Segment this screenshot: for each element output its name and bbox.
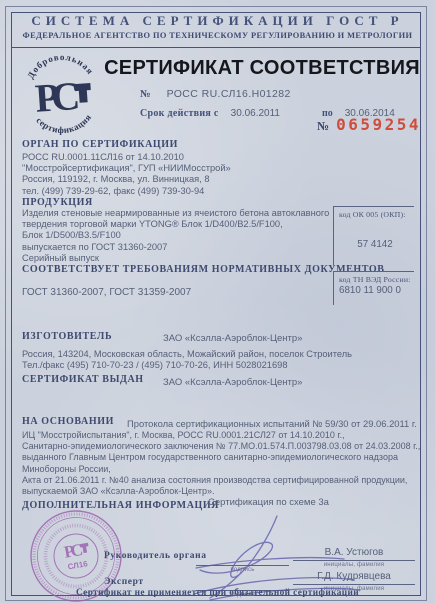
logo-t-bar: [74, 83, 91, 103]
conforms-standards: ГОСТ 31360-2007, ГОСТ 31359-2007: [22, 287, 191, 298]
tnved-code-value: 6810 11 900 0: [339, 285, 411, 296]
tnved-code-box: код ТН ВЭД России: 6810 11 900 0: [333, 271, 414, 305]
basis-label: НА ОСНОВАНИИ: [22, 416, 114, 427]
stamp-t-bar: [80, 543, 90, 554]
conforms-label: СООТВЕТСТВУЕТ ТРЕБОВАНИЯМ НОРМАТИВНЫХ ДО…: [22, 264, 385, 275]
additional-info-value: Сертификация по схеме 3а: [208, 497, 329, 508]
product-line: выпускается по ГОСТ 31360-2007: [22, 242, 329, 253]
blank-number-label: №: [317, 119, 329, 133]
header-divider: [11, 47, 421, 48]
okp-code-box: код ОК 005 (ОКП): 57 4142: [333, 206, 414, 265]
product-line: Блок 1/D500/B3.5/F100: [22, 230, 329, 241]
certification-system-title: СИСТЕМА СЕРТИФИКАЦИИ ГОСТ Р: [0, 13, 435, 29]
basis-line: ИЦ "Мосстройиспытания", г. Москва, РОСС …: [22, 430, 420, 441]
validity-label: Срок действия с: [140, 108, 219, 119]
basis-line: Санитарно-эпидемиологического заключения…: [22, 441, 420, 452]
product-line: Серийный выпуск: [22, 253, 329, 264]
issued-to-name: ЗАО «Ксэлла-Аэроблок-Центр»: [163, 377, 302, 388]
org-line: "Мосстройсертификация", ГУП «НИИМосстрой…: [22, 163, 231, 174]
head-signature-flourish: [196, 558, 344, 568]
okp-code-label: код ОК 005 (ОКП):: [339, 210, 411, 219]
certificate-number-value: РОСС RU.СЛ16.Н01282: [167, 88, 291, 100]
certification-body-label: ОРГАН ПО СЕРТИФИКАЦИИ: [22, 139, 178, 150]
manufacturer-label: ИЗГОТОВИТЕЛЬ: [22, 331, 112, 342]
basis-line: выданного Главным Центром государственно…: [22, 452, 420, 463]
basis-line: Минобороны России,: [22, 464, 420, 475]
basis-details: ИЦ "Мосстройиспытания", г. Москва, РОСС …: [22, 430, 420, 497]
stamp-rs-mark: РС: [63, 540, 84, 562]
manufacturer-line: Тел./факс (495) 710-70-23 / (495) 710-70…: [22, 360, 352, 371]
certificate-number-row: №РОСС RU.СЛ16.Н01282: [140, 88, 291, 100]
org-line: Россия, 119192, г. Москва, ул. Винницкая…: [22, 174, 231, 185]
product-line: твердения торговой марки YTONG® Блок 1/D…: [22, 219, 329, 230]
head-signature-stroke: [200, 516, 277, 577]
certificate-number-label: №: [140, 89, 151, 100]
logo-rs-mark: РС: [34, 73, 79, 121]
manufacturer-line: Россия, 143204, Московская область, Можа…: [22, 349, 352, 360]
blank-number: №0659254: [317, 115, 421, 135]
org-line: РОСС RU.0001.11СЛ16 от 14.10.2010: [22, 152, 231, 163]
okp-code-value: 57 4142: [339, 239, 411, 250]
tnved-code-label: код ТН ВЭД России:: [339, 275, 411, 284]
issued-to-label: СЕРТИФИКАТ ВЫДАН: [22, 374, 144, 385]
org-line: тел. (499) 739-29-62, факс (499) 739-30-…: [22, 186, 231, 197]
product-line: Изделия стеновые неармированные из ячеис…: [22, 208, 329, 219]
product-label: ПРОДУКЦИЯ: [22, 197, 93, 208]
basis-line: выпускаемой ЗАО «Ксэлла-Аэроблок-Центр».: [22, 486, 420, 497]
document-title: СЕРТИФИКАТ СООТВЕТСТВИЯ: [103, 57, 421, 80]
rst-voluntary-certification-logo: Добровольная сертификация РС: [20, 52, 104, 136]
footer-note: Сертификат не применяется при обязательн…: [0, 588, 435, 598]
basis-line: Акта от 21.06.2011 г. №40 анализа состоя…: [22, 475, 420, 486]
blank-number-value: 0659254: [336, 115, 421, 134]
certificate-page: СИСТЕМА СЕРТИФИКАЦИИ ГОСТ Р ФЕДЕРАЛЬНОЕ …: [0, 0, 435, 603]
agency-title: ФЕДЕРАЛЬНОЕ АГЕНТСТВО ПО ТЕХНИЧЕСКОМУ РЕ…: [0, 31, 435, 40]
manufacturer-name: ЗАО «Ксэлла-Аэроблок-Центр»: [163, 333, 302, 344]
manufacturer-details: Россия, 143204, Московская область, Можа…: [22, 349, 352, 371]
basis-first-line: Протокола сертификационных испытаний № 5…: [127, 418, 417, 429]
certification-body-details: РОСС RU.0001.11СЛ16 от 14.10.2010 "Мосст…: [22, 152, 231, 197]
expert-role: Эксперт: [104, 577, 144, 587]
validity-from-date: 30.06.2011: [231, 108, 280, 119]
product-description: Изделия стеновые неармированные из ячеис…: [22, 208, 329, 264]
